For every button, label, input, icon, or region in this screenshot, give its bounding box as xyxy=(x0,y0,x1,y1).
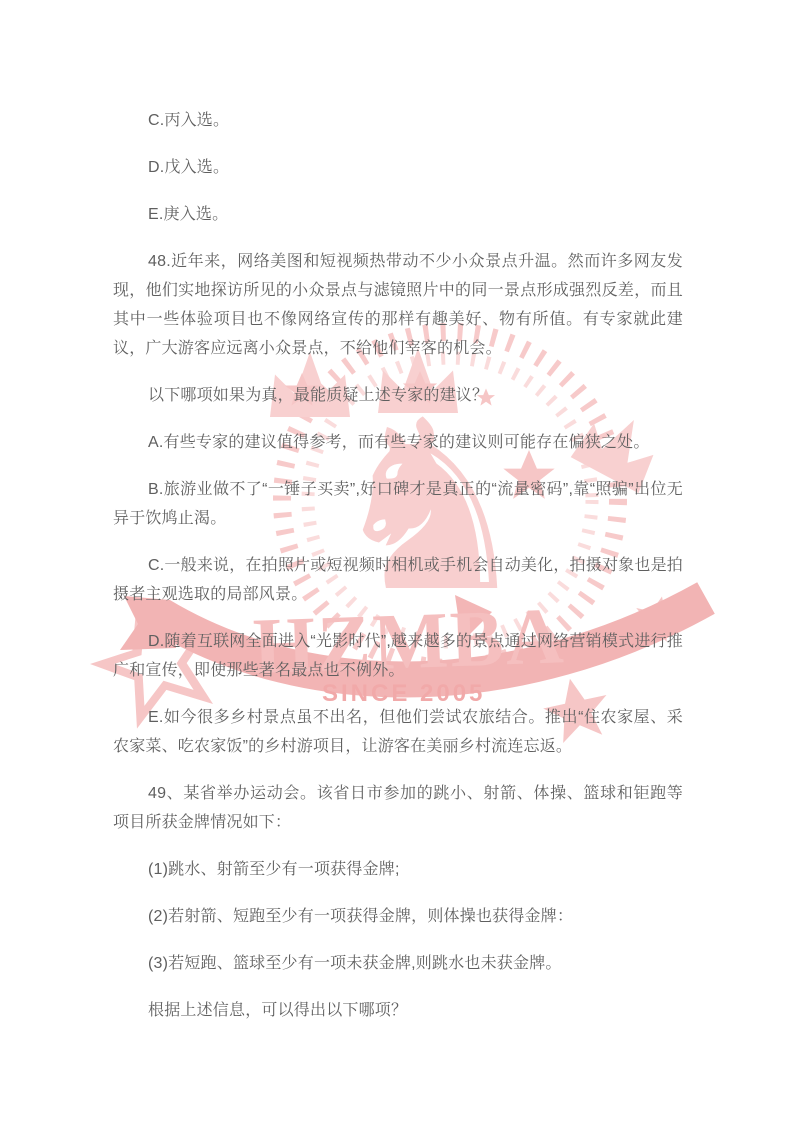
question-49-condition-3: (3)若短跑、篮球至少有一项未获金牌,则跳水也未获金牌。 xyxy=(113,949,683,978)
question-48-stem: 48.近年来，网络美图和短视频热带动不少小众景点升温。然而许多网友发现，他们实地… xyxy=(113,247,683,363)
prev-question-option-d: D.戊入选。 xyxy=(113,153,683,182)
question-49-prompt: 根据上述信息，可以得出以下哪项？ xyxy=(113,996,683,1025)
question-49-condition-2: (2)若射箭、短跑至少有一项获得金牌，则体操也获得金牌： xyxy=(113,902,683,931)
question-48-option-c: C.一般来说，在拍照片或短视频时相机或手机会自动美化，拍摄对象也是拍摄者主观选取… xyxy=(113,551,683,609)
prev-question-option-e: E.庚入选。 xyxy=(113,200,683,229)
document-page: ♞ HZMBA SINCE 2005 C.丙入选。 D.戊入选。 E.庚入选。 … xyxy=(0,0,794,1123)
question-49-condition-1: (1)跳水、射箭至少有一项获得金牌; xyxy=(113,855,683,884)
question-48-prompt: 以下哪项如果为真，最能质疑上述专家的建议？ xyxy=(113,381,683,410)
question-48-option-b: B.旅游业做不了“一锤子买卖”,好口碑才是真正的“流量密码”,靠“照骗”出位无异… xyxy=(113,475,683,533)
document-content: C.丙入选。 D.戊入选。 E.庚入选。 48.近年来，网络美图和短视频热带动不… xyxy=(113,106,683,1043)
prev-question-option-c: C.丙入选。 xyxy=(113,106,683,135)
question-48-option-d: D.随着互联网全面进入“光影时代”,越来越多的景点通过网络营销模式进行推广和宣传… xyxy=(113,627,683,685)
question-49-stem: 49、某省举办运动会。该省日市参加的跳小、射箭、体操、篮球和钜跑等项目所获金牌情… xyxy=(113,779,683,837)
question-48-option-e: E.如今很多乡村景点虽不出名，但他们尝试农旅结合。推出“住农家屋、采农家菜、吃农… xyxy=(113,703,683,761)
question-48-option-a: A.有些专家的建议值得参考，而有些专家的建议则可能存在偏狭之处。 xyxy=(113,428,683,457)
